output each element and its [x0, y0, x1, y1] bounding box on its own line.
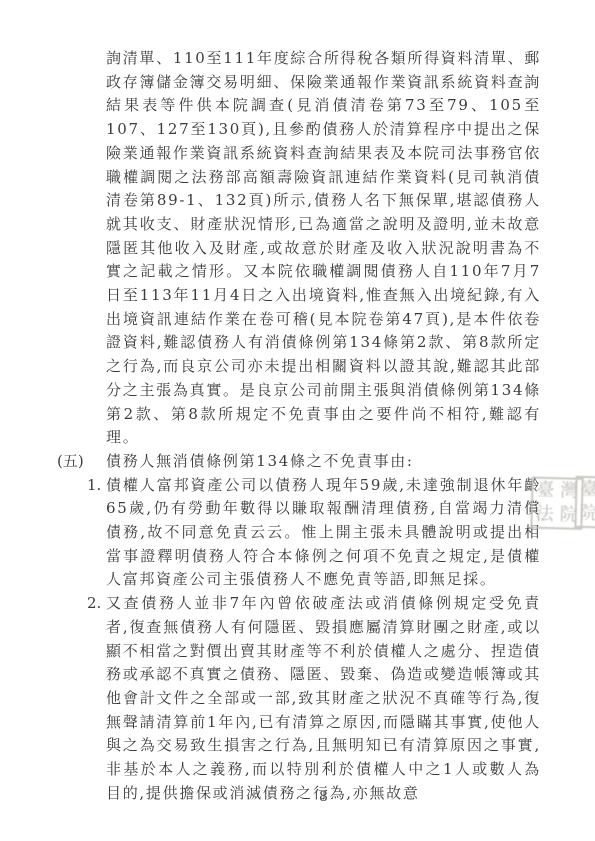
seal-character: 法	[535, 506, 553, 524]
section-heading-5: (五) 債務人無消債條例第134條之不免責事由:	[57, 450, 541, 474]
court-seal-stamp: 臺 灣 法 院 臺 北 院 印	[530, 475, 595, 534]
seal-impression-right: 臺 北 院 印	[574, 476, 595, 529]
list-item-2-text: 又查債務人並非7年內曾依破產法或消債條例規定受免責者,復查無債務人有何隱匿、毀損…	[106, 592, 541, 805]
section-marker: (五)	[57, 450, 84, 474]
seal-character: 院	[580, 505, 595, 523]
scanned-court-document-page: 詢清單、110至111年度綜合所得稅各類所得資料清單、郵政存簿儲金簿交易明細、保…	[0, 0, 595, 841]
list-item-1-text: 債權人富邦資產公司以債務人現年59歲,未達強制退休年齡65歲,仍有勞動年數得以賺…	[106, 474, 541, 593]
seal-character: 臺	[536, 482, 554, 500]
list-item-2-marker: 2.	[87, 592, 101, 616]
section-title: 債務人無消債條例第134條之不免責事由:	[106, 452, 414, 470]
document-body-text: 詢清單、110至111年度綜合所得稅各類所得資料清單、郵政存簿儲金簿交易明細、保…	[57, 47, 541, 806]
continuation-paragraph: 詢清單、110至111年度綜合所得稅各類所得資料清單、郵政存簿儲金簿交易明細、保…	[57, 47, 541, 450]
list-item-1: 1. 債權人富邦資產公司以債務人現年59歲,未達強制退休年齡65歲,仍有勞動年數…	[57, 474, 541, 593]
list-item-1-marker: 1.	[87, 474, 101, 498]
list-item-2: 2. 又查債務人並非7年內曾依破產法或消債條例規定受免責者,復查無債務人有何隱匿…	[57, 592, 541, 805]
page-number: 8	[106, 789, 541, 805]
seal-character: 臺	[580, 481, 595, 499]
